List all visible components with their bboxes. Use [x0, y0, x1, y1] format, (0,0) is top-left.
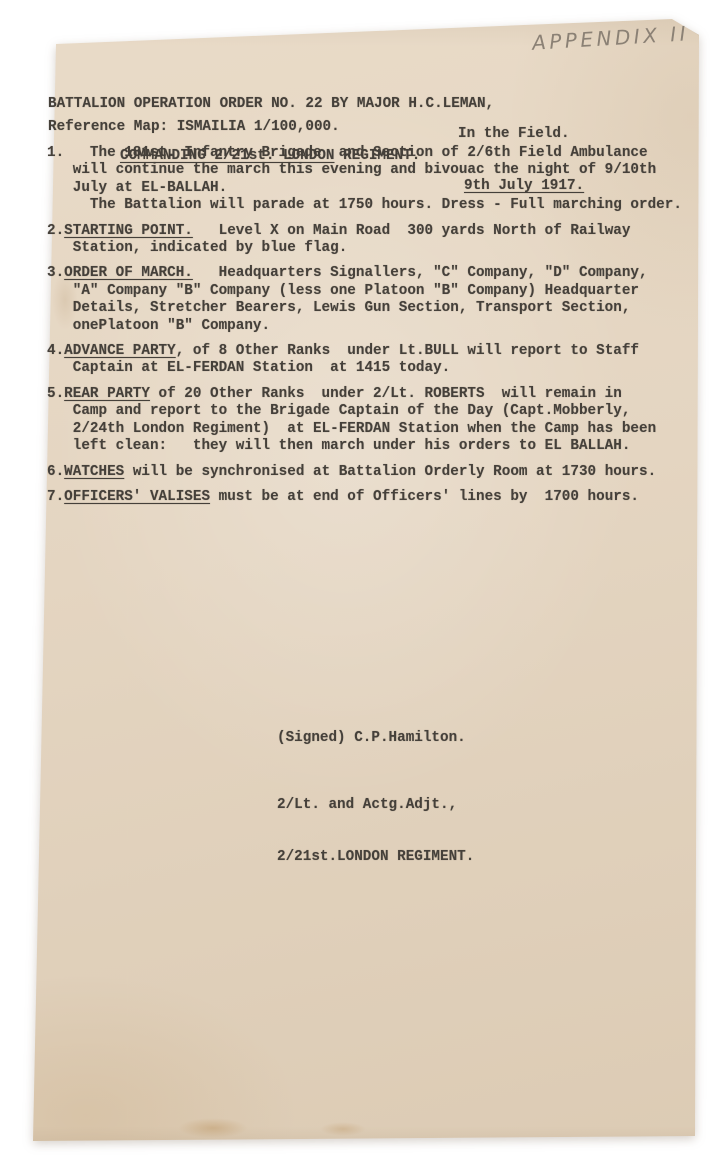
reference-map-line: Reference Map: ISMAILIA 1/100,000. — [48, 119, 340, 136]
order-paragraph-3: 3.ORDER OF MARCH. Headquarters Signaller… — [47, 265, 707, 335]
paragraph-number: 1. — [47, 145, 64, 161]
paragraph-heading: ORDER OF MARCH. — [64, 265, 193, 281]
paragraph-number: 4. — [47, 343, 64, 359]
order-paragraph-1: 1. The 181st. Infantry Brigade and Secti… — [47, 145, 707, 215]
paragraph-heading: WATCHES — [64, 464, 124, 480]
order-paragraph-2: 2.STARTING POINT. Level X on Main Road 3… — [47, 223, 707, 258]
order-paragraph-6: 6.WATCHES will be synchronised at Battal… — [47, 464, 707, 481]
paragraph-text: must be at end of Officers' lines by 170… — [210, 489, 639, 505]
paragraph-text: will be synchronised at Battalion Orderl… — [124, 464, 656, 480]
paper-stain — [320, 1122, 366, 1136]
order-paragraph-4: 4.ADVANCE PARTY, of 8 Other Ranks under … — [47, 343, 707, 378]
paragraph-heading: OFFICERS' VALISES — [64, 489, 210, 505]
order-title-line1: BATTALION OPERATION ORDER NO. 22 BY MAJO… — [48, 96, 494, 113]
signed-line: (Signed) C.P.Hamilton. — [277, 730, 474, 747]
order-paragraph-7: 7.OFFICERS' VALISES must be at end of Of… — [47, 489, 707, 506]
paragraph-number: 2. — [47, 223, 64, 239]
order-paragraphs: 1. The 181st. Infantry Brigade and Secti… — [47, 145, 707, 514]
paper-stain — [178, 1118, 248, 1138]
paragraph-number: 6. — [47, 464, 64, 480]
paragraph-heading: ADVANCE PARTY — [64, 343, 176, 359]
photograph-background: APPENDIX II BATTALION OPERATION ORDER NO… — [0, 0, 719, 1161]
paragraph-number: 3. — [47, 265, 64, 281]
signature-block: (Signed) C.P.Hamilton. 2/Lt. and Actg.Ad… — [277, 695, 474, 901]
dateline-place: In the Field. — [458, 126, 584, 143]
signer-role-line2: 2/21st.LONDON REGIMENT. — [277, 849, 474, 866]
paragraph-number: 5. — [47, 386, 64, 402]
paragraph-heading: STARTING POINT. — [64, 223, 193, 239]
paragraph-heading: REAR PARTY — [64, 386, 150, 402]
paragraph-text: The 181st. Infantry Brigade and Section … — [47, 145, 682, 213]
signer-role-line1: 2/Lt. and Actg.Adjt., — [277, 797, 474, 814]
order-paragraph-5: 5.REAR PARTY of 20 Other Ranks under 2/L… — [47, 386, 707, 456]
paragraph-number: 7. — [47, 489, 64, 505]
